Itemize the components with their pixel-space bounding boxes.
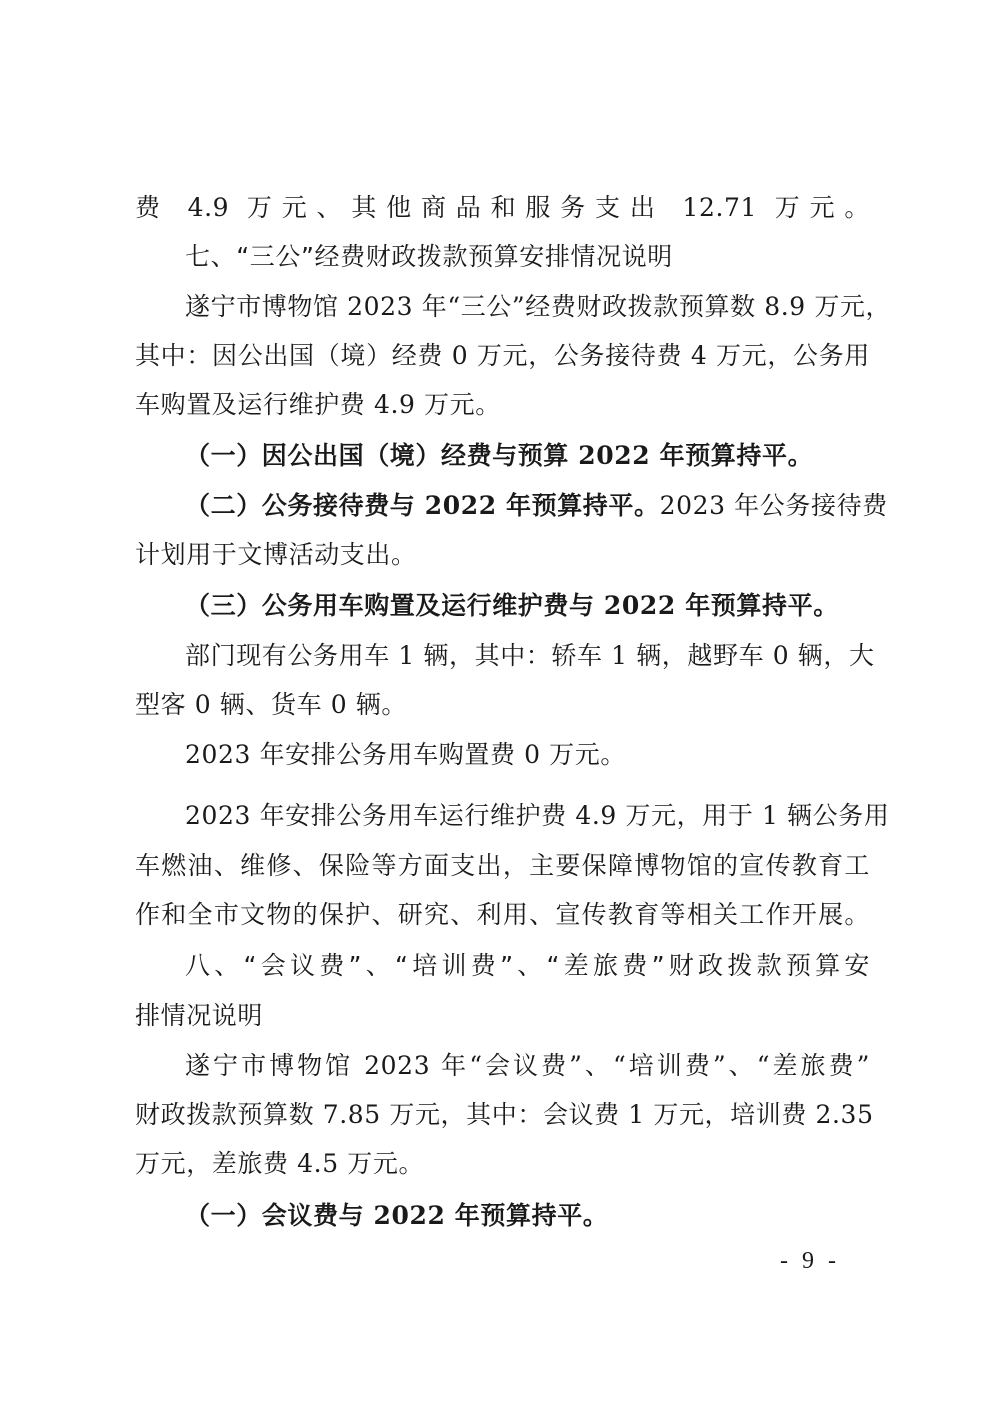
text: 车购置及运行维护费 4.9 万元。: [135, 390, 501, 419]
paragraph-line: 计划用于文博活动支出。: [135, 535, 870, 575]
text: 万元，差旅费 4.5 万元。: [135, 1149, 424, 1178]
subheading-text: （一）因公出国（境）经费与预算 2022 年预算持平。: [185, 441, 813, 470]
paragraph-line: 其中：因公出国（境）经费 0 万元，公务接待费 4 万元，公务用: [135, 336, 870, 376]
text: 计划用于文博活动支出。: [135, 540, 417, 569]
subheading-7-2: （二）公务接待费与 2022 年预算持平。: [185, 491, 660, 520]
text: 部门现有公务用车 1 辆，其中：轿车 1 辆，越野车 0 辆，大: [185, 641, 875, 670]
section-heading-7: 七、“三公”经费财政拨款预算安排情况说明: [185, 237, 870, 277]
paragraph-line: 2023 年安排公务用车运行维护费 4.9 万元，用于 1 辆公务用: [185, 796, 870, 836]
text: 车燃油、维修、保险等方面支出，主要保障博物馆的宣传教育工: [135, 851, 870, 880]
section-heading-8: 八、“会议费”、“培训费”、“差旅费”财政拨款预算安: [185, 946, 870, 986]
paragraph-line: 车燃油、维修、保险等方面支出，主要保障博物馆的宣传教育工: [135, 846, 870, 886]
text: 遂宁市博物馆 2023 年“三公”经费财政拨款预算数 8.9 万元，: [185, 292, 891, 321]
paragraph-line: 车购置及运行维护费 4.9 万元。: [135, 385, 870, 425]
page-number: - 9 -: [770, 1243, 850, 1279]
paragraph-line: 部门现有公务用车 1 辆，其中：轿车 1 辆，越野车 0 辆，大: [185, 636, 870, 676]
text: 费 4.9 万元、其他商品和服务支出 12.71 万元。: [135, 193, 870, 222]
paragraph-line: （二）公务接待费与 2022 年预算持平。2023 年公务接待费: [185, 486, 870, 526]
text: 2023 年安排公务用车购置费 0 万元。: [185, 740, 626, 769]
text: 作和全市文物的保护、研究、利用、宣传教育等相关工作开展。: [135, 900, 870, 929]
subheading-7-1: （一）因公出国（境）经费与预算 2022 年预算持平。: [185, 436, 870, 476]
subheading-text: （一）会议费与 2022 年预算持平。: [185, 1201, 608, 1230]
document-page: 费 4.9 万元、其他商品和服务支出 12.71 万元。 七、“三公”经费财政拨…: [0, 0, 992, 1403]
heading-text: 七、“三公”经费财政拨款预算安排情况说明: [185, 242, 673, 271]
paragraph-line: 费 4.9 万元、其他商品和服务支出 12.71 万元。: [135, 188, 870, 228]
text: 遂宁市博物馆 2023 年“会议费”、“培训费”、“差旅费”: [185, 1051, 870, 1080]
text: 2023 年公务接待费: [660, 491, 888, 520]
text: 型客 0 辆、货车 0 辆。: [135, 690, 407, 719]
text: 财政拨款预算数 7.85 万元，其中：会议费 1 万元，培训费 2.35: [135, 1100, 874, 1129]
paragraph-line: 遂宁市博物馆 2023 年“会议费”、“培训费”、“差旅费”: [185, 1046, 870, 1086]
paragraph-line: 财政拨款预算数 7.85 万元，其中：会议费 1 万元，培训费 2.35: [135, 1095, 870, 1135]
subheading-7-3: （三）公务用车购置及运行维护费与 2022 年预算持平。: [185, 586, 870, 626]
paragraph-line: 作和全市文物的保护、研究、利用、宣传教育等相关工作开展。: [135, 895, 870, 935]
paragraph-line: 2023 年安排公务用车购置费 0 万元。: [185, 735, 870, 775]
heading-text: 八、“会议费”、“培训费”、“差旅费”财政拨款预算安: [185, 951, 870, 980]
section-heading-8-cont: 排情况说明: [135, 996, 870, 1036]
heading-text: 排情况说明: [135, 1001, 263, 1030]
paragraph-line: 型客 0 辆、货车 0 辆。: [135, 685, 870, 725]
paragraph-line: 遂宁市博物馆 2023 年“三公”经费财政拨款预算数 8.9 万元，: [185, 287, 870, 327]
text: 其中：因公出国（境）经费 0 万元，公务接待费 4 万元，公务用: [135, 341, 870, 370]
subheading-8-1: （一）会议费与 2022 年预算持平。: [185, 1196, 870, 1236]
text: 2023 年安排公务用车运行维护费 4.9 万元，用于 1 辆公务用: [185, 801, 889, 830]
paragraph-line: 万元，差旅费 4.5 万元。: [135, 1144, 870, 1184]
subheading-text: （三）公务用车购置及运行维护费与 2022 年预算持平。: [185, 591, 839, 620]
